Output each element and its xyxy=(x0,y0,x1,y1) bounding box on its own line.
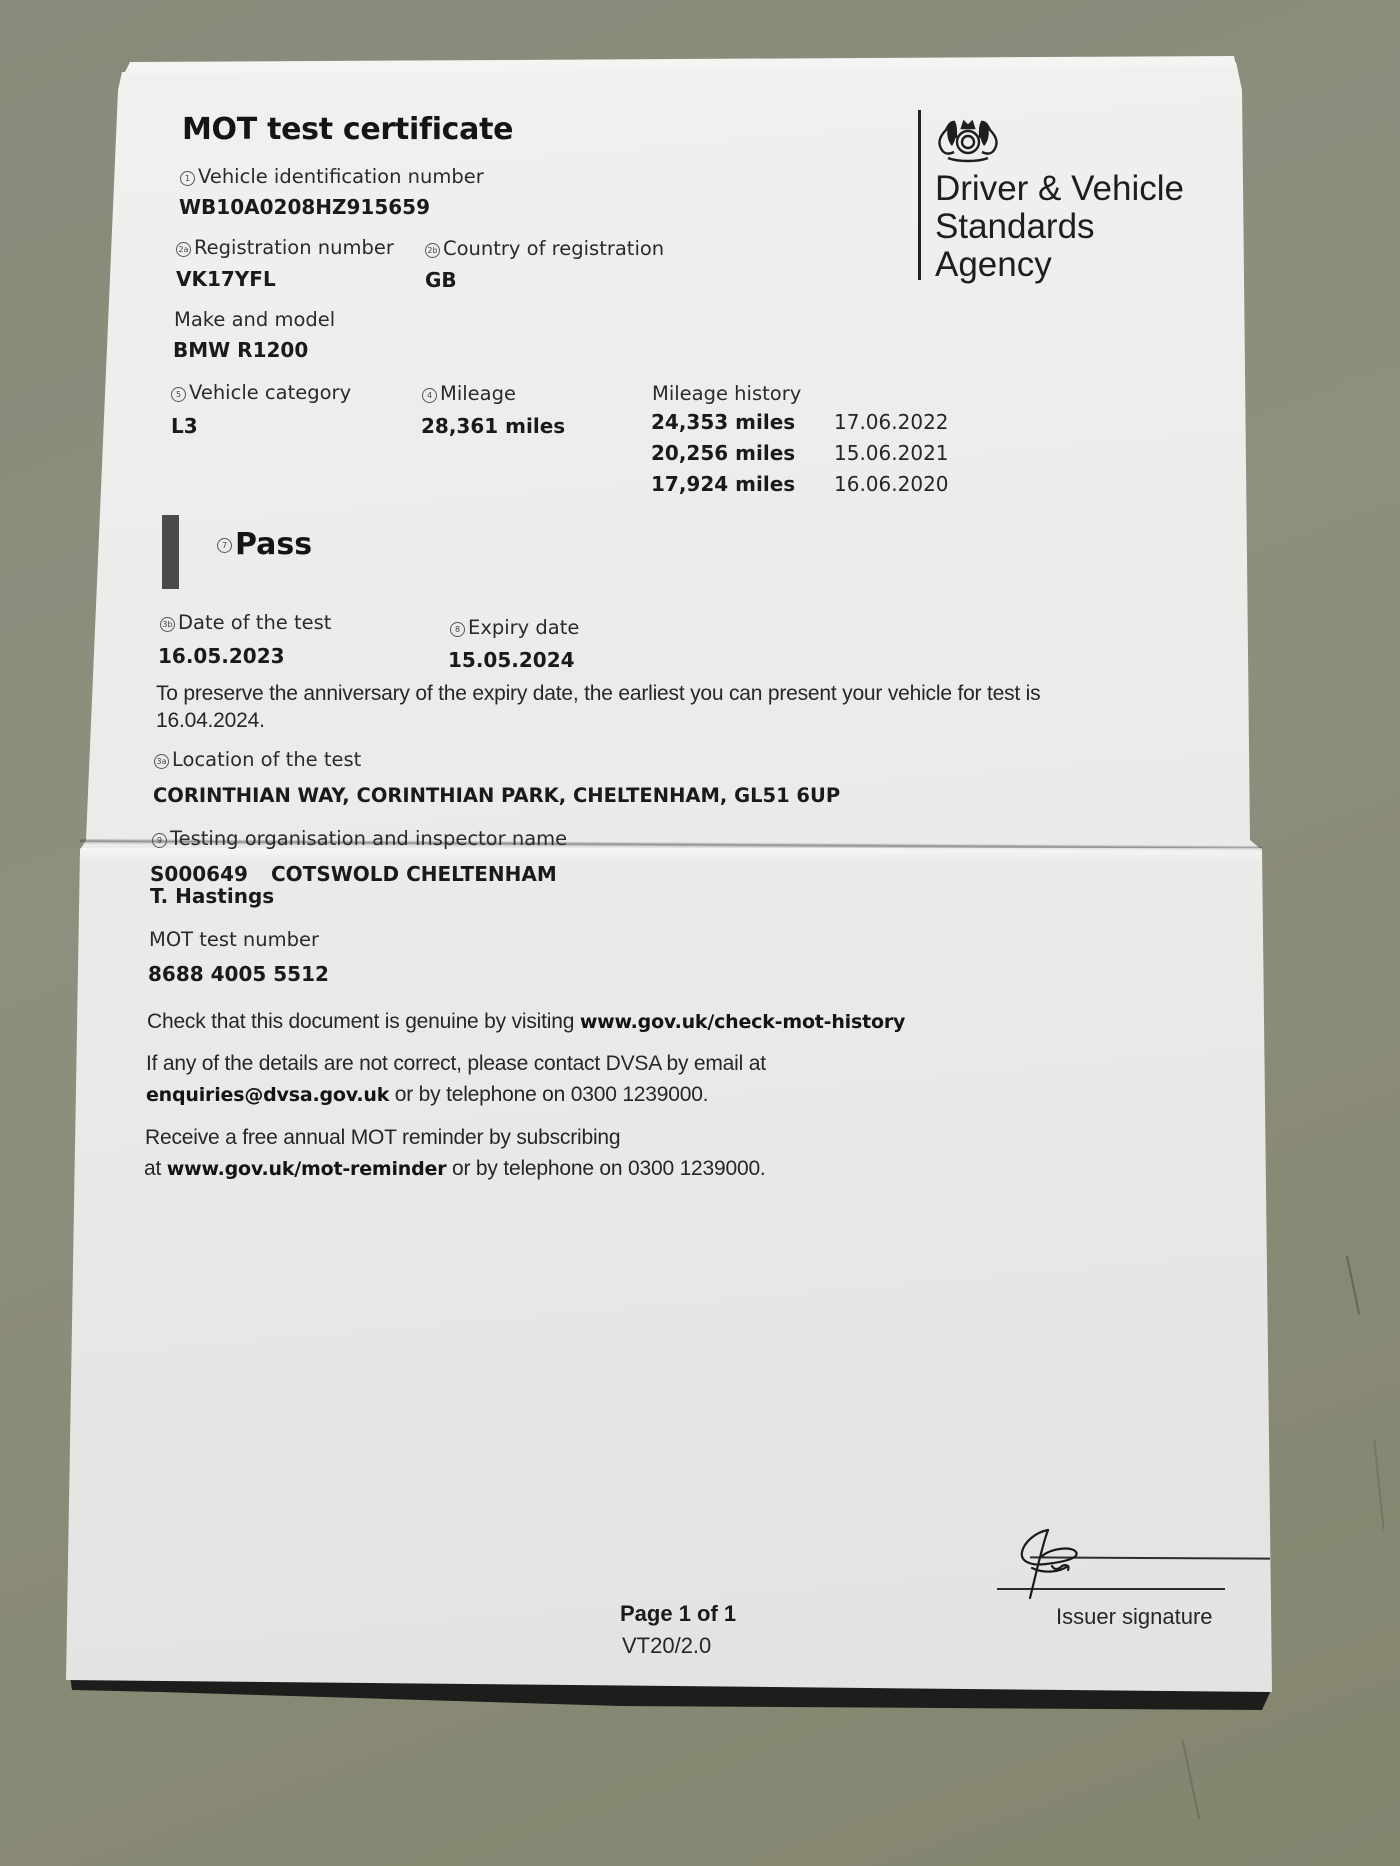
mileage-history-miles: 24,353 miles xyxy=(651,410,834,441)
reminder-line-1: Receive a free annual MOT reminder by su… xyxy=(145,1126,620,1150)
inspector-name: T. Hastings xyxy=(150,884,274,908)
contact-line-2-rest: or by telephone on 0300 1239000. xyxy=(389,1083,708,1106)
mileage-history-miles: 17,924 miles xyxy=(651,472,834,503)
mileage-history-row: 24,353 miles 17.06.2022 xyxy=(651,410,949,441)
field-number-marker: 5 xyxy=(171,387,186,402)
mot-certificate: MOT test certificate Driver & Vehicle St… xyxy=(0,0,1400,1866)
test-date-label-text: Date of the test xyxy=(178,611,331,634)
reminder-line-2-rest: or by telephone on 0300 1239000. xyxy=(446,1157,765,1180)
testing-org-label: 9Testing organisation and inspector name xyxy=(152,827,567,850)
country-label-text: Country of registration xyxy=(443,237,664,260)
field-number-marker: 1 xyxy=(180,171,195,186)
vin-label-text: Vehicle identification number xyxy=(198,165,484,188)
mileage-history-date: 16.06.2020 xyxy=(834,472,949,503)
testing-site-id: S000649 xyxy=(150,862,248,886)
result-value: Pass xyxy=(235,527,312,562)
mileage-history-table: 24,353 miles 17.06.2022 20,256 miles 15.… xyxy=(651,410,949,503)
mileage-history-label: Mileage history xyxy=(652,382,801,405)
registration-label-text: Registration number xyxy=(194,236,394,259)
category-label: 5Vehicle category xyxy=(171,381,351,404)
field-number-marker: 2a xyxy=(176,242,191,257)
check-mot-history-link[interactable]: www.gov.uk/check-mot-history xyxy=(580,1011,905,1033)
make-model-label: Make and model xyxy=(174,308,335,331)
location-value: CORINTHIAN WAY, CORINTHIAN PARK, CHELTEN… xyxy=(153,784,840,807)
make-model-value: BMW R1200 xyxy=(173,338,308,362)
verify-text-prefix: Check that this document is genuine by v… xyxy=(147,1010,580,1033)
mileage-history-row: 20,256 miles 15.06.2021 xyxy=(651,441,949,472)
field-number-marker: 2b xyxy=(425,243,440,258)
category-label-text: Vehicle category xyxy=(189,381,351,404)
mileage-history-row: 17,924 miles 16.06.2020 xyxy=(651,472,949,503)
dvsa-email-link[interactable]: enquiries@dvsa.gov.uk xyxy=(146,1084,389,1106)
issuer-signature-icon xyxy=(1012,1522,1112,1606)
country-value: GB xyxy=(425,268,457,292)
test-date-label: 3bDate of the test xyxy=(160,611,331,634)
mileage-history-date: 15.06.2021 xyxy=(834,441,949,472)
mileage-label-text: Mileage xyxy=(440,382,516,405)
vin-value: WB10A0208HZ915659 xyxy=(179,195,430,219)
mileage-value: 28,361 miles xyxy=(421,414,565,438)
issuer-signature-label: Issuer signature xyxy=(1056,1604,1213,1630)
field-number-marker: 3a xyxy=(154,754,169,769)
form-code: VT20/2.0 xyxy=(622,1633,711,1659)
mileage-history-miles: 20,256 miles xyxy=(651,441,834,472)
mileage-history-date: 17.06.2022 xyxy=(834,410,949,441)
mot-reminder-link[interactable]: www.gov.uk/mot-reminder xyxy=(167,1158,447,1180)
field-number-marker: 3b xyxy=(160,617,175,632)
agency-name-line-3: Agency xyxy=(935,246,1052,284)
document-title: MOT test certificate xyxy=(182,112,513,147)
contact-line-2: enquiries@dvsa.gov.uk or by telephone on… xyxy=(146,1083,708,1107)
dvsa-logo-rule xyxy=(918,110,921,280)
test-date-value: 16.05.2023 xyxy=(158,644,285,668)
category-value: L3 xyxy=(171,414,198,438)
contact-line-1: If any of the details are not correct, p… xyxy=(146,1052,766,1076)
result-status: 7Pass xyxy=(217,527,312,562)
testing-site-name: COTSWOLD CHELTENHAM xyxy=(271,862,557,886)
field-number-marker: 8 xyxy=(450,622,465,637)
expiry-date-label: 8Expiry date xyxy=(450,616,579,639)
registration-label: 2aRegistration number xyxy=(176,236,394,259)
location-label: 3aLocation of the test xyxy=(154,748,361,771)
test-number-label: MOT test number xyxy=(149,928,319,951)
test-number-value: 8688 4005 5512 xyxy=(148,962,329,986)
reminder-prefix: at xyxy=(144,1157,167,1180)
agency-name-line-2: Standards xyxy=(935,208,1095,246)
expiry-date-value: 15.05.2024 xyxy=(448,648,575,672)
page-number: Page 1 of 1 xyxy=(620,1601,736,1627)
field-number-marker: 7 xyxy=(217,538,232,553)
testing-org-label-text: Testing organisation and inspector name xyxy=(170,827,567,850)
anniversary-note-line-2: 16.04.2024. xyxy=(156,709,265,733)
result-status-bar xyxy=(162,515,179,589)
registration-value: VK17YFL xyxy=(176,267,276,291)
agency-name-line-1: Driver & Vehicle xyxy=(935,170,1184,208)
royal-crest-icon xyxy=(934,112,1002,168)
country-label: 2bCountry of registration xyxy=(425,237,664,260)
anniversary-note-line-1: To preserve the anniversary of the expir… xyxy=(156,682,1040,706)
expiry-date-label-text: Expiry date xyxy=(468,616,579,639)
reminder-line-2: at www.gov.uk/mot-reminder or by telepho… xyxy=(144,1157,766,1181)
field-number-marker: 9 xyxy=(152,833,167,848)
vin-label: 1Vehicle identification number xyxy=(180,165,484,188)
field-number-marker: 4 xyxy=(422,388,437,403)
verify-text: Check that this document is genuine by v… xyxy=(147,1010,905,1034)
mileage-label: 4Mileage xyxy=(422,382,516,405)
location-label-text: Location of the test xyxy=(172,748,361,771)
